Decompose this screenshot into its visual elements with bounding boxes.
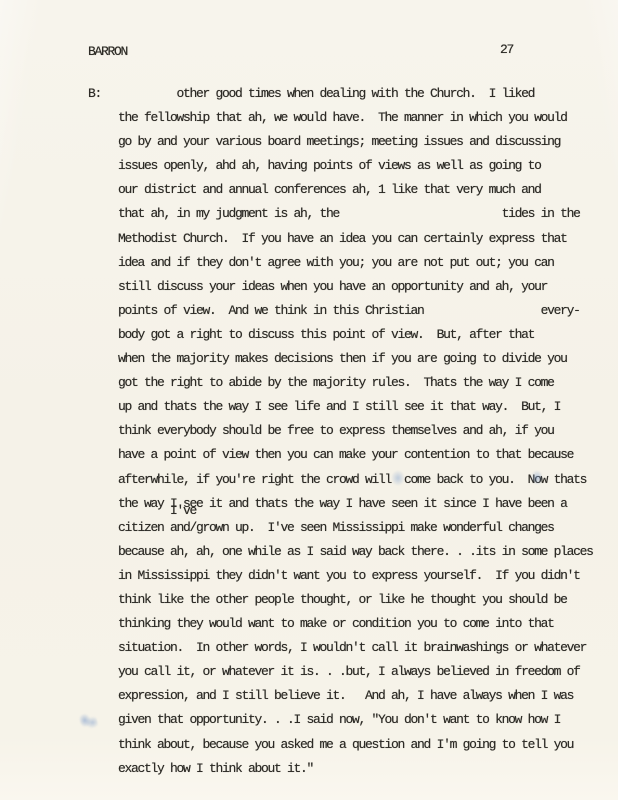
transcript-line: issues openly, ahd ah, having points of … <box>118 154 610 178</box>
transcript-line: situation. In other words, I wouldn't ca… <box>118 636 610 660</box>
transcript-line: up and thats the way I see life and I st… <box>118 395 610 419</box>
blue-pencil-margin-scribble <box>78 711 99 731</box>
transcript-line: other good times when dealing with the C… <box>118 82 610 106</box>
transcript-line: you call it, or whatever it is. . .but, … <box>118 660 610 684</box>
transcript-line: got the right to abide by the majority r… <box>118 371 610 395</box>
transcript-line: points of view. And we think in this Chr… <box>118 299 610 323</box>
transcript-line: have a point of view then you can make y… <box>118 443 610 467</box>
interlinear-insertion: I've <box>170 504 196 518</box>
transcript-line: still discuss your ideas when you have a… <box>118 275 610 299</box>
transcript-line: our district and annual conferences ah, … <box>118 178 610 202</box>
transcript-line: exactly how I think about it." <box>118 757 610 781</box>
transcript-line: think about, because you asked me a ques… <box>118 733 610 757</box>
speaker-label: B: <box>88 82 101 106</box>
transcript-line: given that opportunity. . .I said now, "… <box>118 708 610 732</box>
transcript-line: afterwhile, if you're right the crowd wi… <box>118 468 610 492</box>
transcript-line: thinking they would want to make or cond… <box>118 612 610 636</box>
transcript-line: that ah, in my judgment is ah, the tides… <box>118 202 610 226</box>
transcript-line: citizen and/grown up. I've seen Mississi… <box>118 516 610 540</box>
transcript-line: idea and if they don't agree with you; y… <box>118 251 610 275</box>
transcript-line: expression, and I still believe it. And … <box>118 684 610 708</box>
page-number: 27 <box>500 42 513 57</box>
transcript-line: think like the other people thought, or … <box>118 588 610 612</box>
transcript-line: go by and your various board meetings; m… <box>118 130 610 154</box>
transcript-line: body got a right to discuss this point o… <box>118 323 610 347</box>
transcript-line: think everybody should be free to expres… <box>118 419 610 443</box>
transcript-line: Methodist Church. If you have an idea yo… <box>118 227 610 251</box>
transcript-line: when the majority makes decisions then i… <box>118 347 610 371</box>
page-header-name: BARRON <box>88 44 127 59</box>
scanned-page: BARRON 27 B: other good times when deali… <box>0 0 618 800</box>
transcript-body: other good times when dealing with the C… <box>118 82 610 781</box>
transcript-line: the fellowship that ah, we would have. T… <box>118 106 610 130</box>
transcript-line: because ah, ah, one while as I said way … <box>118 540 610 564</box>
transcript-line: in Mississippi they didn't want you to e… <box>118 564 610 588</box>
